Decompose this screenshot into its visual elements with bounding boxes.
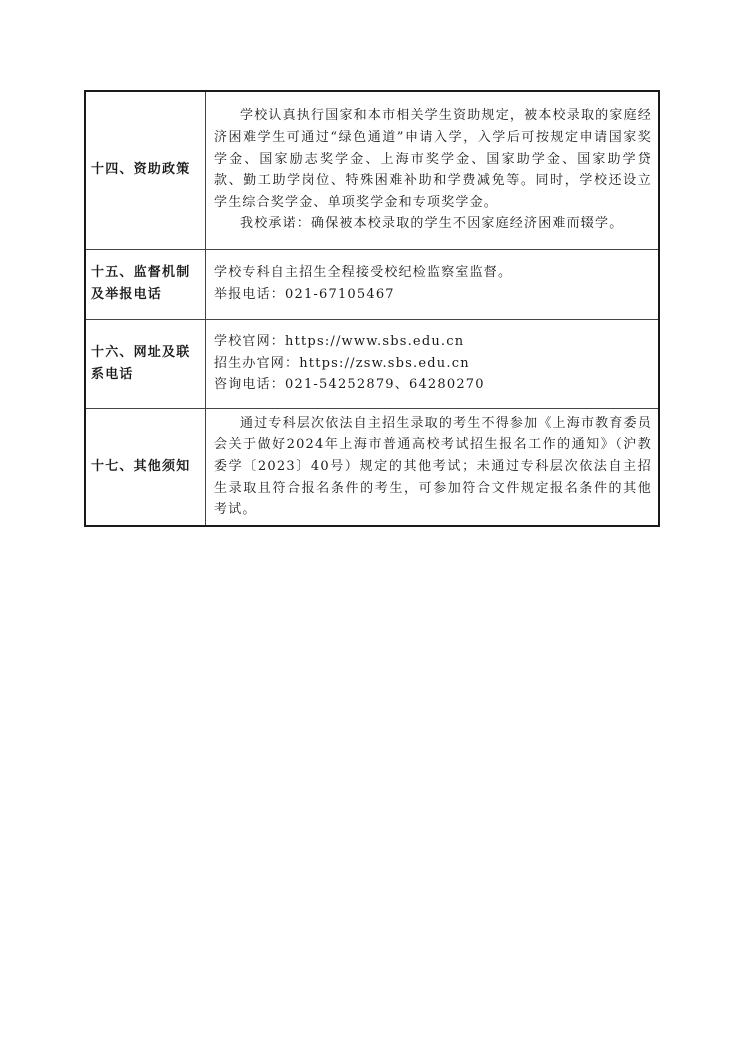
row-content: 学校专科自主招生全程接受校纪检监察室监督。 举报电话：021-67105467	[206, 249, 660, 319]
table-row-financial-aid: 十四、资助政策 学校认真执行国家和本市相关学生资助规定，被本校录取的家庭经济困难…	[85, 91, 659, 249]
table-row-contact: 十六、网址及联系电话 学校官网：https://www.sbs.edu.cn 招…	[85, 319, 659, 408]
row-content: 通过专科层次依法自主招生录取的考生不得参加《上海市教育委员会关于做好2024年上…	[206, 408, 660, 526]
report-phone: 举报电话：021-67105467	[214, 284, 652, 306]
table-row-supervision: 十五、监督机制及举报电话 学校专科自主招生全程接受校纪检监察室监督。 举报电话：…	[85, 249, 659, 319]
table-row-other-notes: 十七、其他须知 通过专科层次依法自主招生录取的考生不得参加《上海市教育委员会关于…	[85, 408, 659, 526]
row-label: 十六、网址及联系电话	[85, 319, 206, 408]
text-line: 学校专科自主招生全程接受校纪检监察室监督。	[214, 262, 652, 284]
paragraph: 学校认真执行国家和本市相关学生资助规定，被本校录取的家庭经济困难学生可通过“绿色…	[214, 105, 652, 213]
paragraph: 我校承诺：确保被本校录取的学生不因家庭经济困难而辍学。	[214, 213, 652, 235]
paragraph: 通过专科层次依法自主招生录取的考生不得参加《上海市教育委员会关于做好2024年上…	[214, 413, 652, 521]
school-website-link[interactable]: 学校官网：https://www.sbs.edu.cn	[214, 331, 652, 353]
inquiry-phone: 咨询电话：021-54252879、64280270	[214, 374, 652, 396]
row-content: 学校认真执行国家和本市相关学生资助规定，被本校录取的家庭经济困难学生可通过“绿色…	[206, 91, 660, 249]
row-label: 十四、资助政策	[85, 91, 206, 249]
row-content: 学校官网：https://www.sbs.edu.cn 招生办官网：https:…	[206, 319, 660, 408]
document-page: 十四、资助政策 学校认真执行国家和本市相关学生资助规定，被本校录取的家庭经济困难…	[0, 0, 744, 1053]
admission-info-table: 十四、资助政策 学校认真执行国家和本市相关学生资助规定，被本校录取的家庭经济困难…	[84, 90, 660, 527]
admission-website-link[interactable]: 招生办官网：https://zsw.sbs.edu.cn	[214, 353, 652, 375]
row-label: 十五、监督机制及举报电话	[85, 249, 206, 319]
row-label: 十七、其他须知	[85, 408, 206, 526]
